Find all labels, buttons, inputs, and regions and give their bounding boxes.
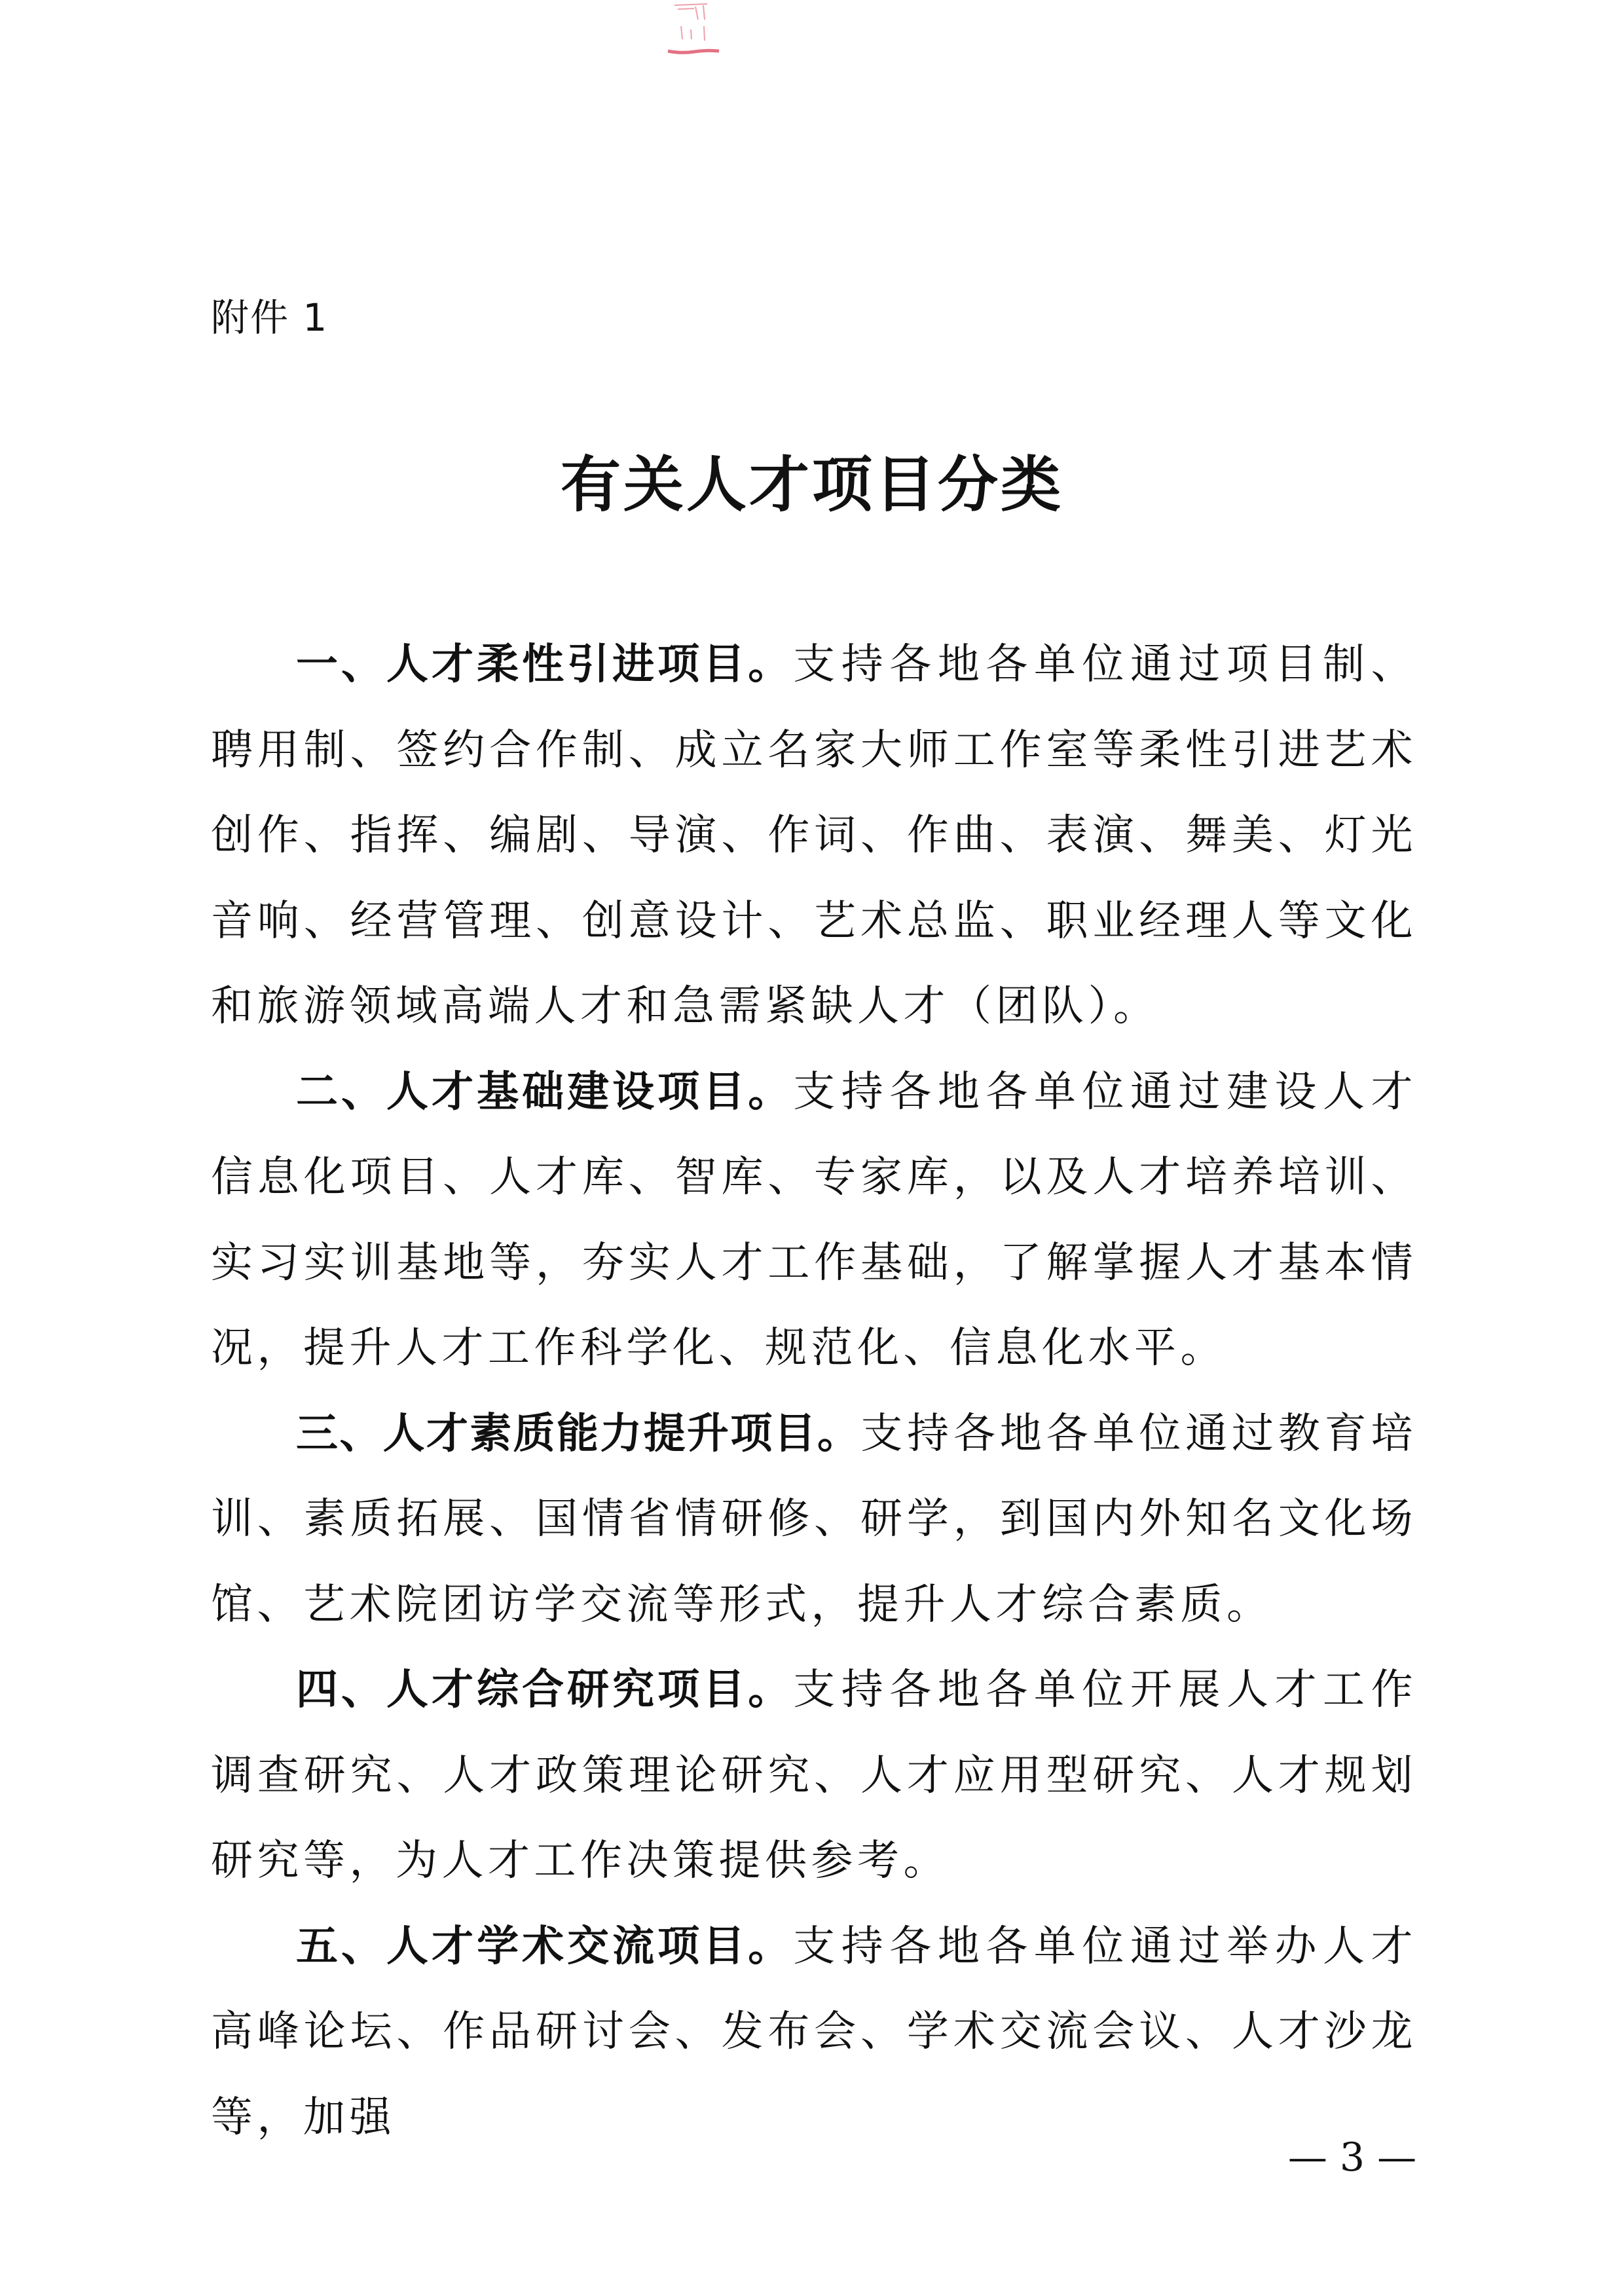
paragraph-2: 二、人才基础建设项目。支持各地各单位通过建设人才信息化项目、人才库、智库、专家库…: [211, 1050, 1417, 1391]
paragraph-text: 支持各地各单位通过项目制、聘用制、签约合作制、成立名家大师工作室等柔性引进艺术创…: [211, 640, 1417, 1031]
paragraph-1: 一、人才柔性引进项目。支持各地各单位通过项目制、聘用制、签约合作制、成立名家大师…: [211, 622, 1417, 1050]
document-body: 一、人才柔性引进项目。支持各地各单位通过项目制、聘用制、签约合作制、成立名家大师…: [211, 622, 1417, 2160]
paragraph-heading: 四、人才综合研究项目。: [296, 1666, 793, 1714]
page-number: — 3 —: [1277, 2131, 1428, 2184]
paragraph-heading: 三、人才素质能力提升项目。: [296, 1410, 860, 1458]
paragraph-heading: 二、人才基础建设项目。: [296, 1068, 793, 1116]
document-title: 有关人才项目分类: [0, 449, 1624, 521]
paragraph-5: 五、人才学术交流项目。支持各地各单位通过举办人才高峰论坛、作品研讨会、发布会、学…: [211, 1904, 1417, 2161]
paragraph-heading: 一、人才柔性引进项目。: [296, 640, 793, 689]
paragraph-4: 四、人才综合研究项目。支持各地各单位开展人才工作调查研究、人才政策理论研究、人才…: [211, 1647, 1417, 1904]
red-seal-stamp-icon: [655, 0, 727, 62]
attachment-label: 附件 1: [211, 295, 328, 340]
paragraph-heading: 五、人才学术交流项目。: [296, 1922, 793, 1971]
paragraph-3: 三、人才素质能力提升项目。支持各地各单位通过教育培训、素质拓展、国情省情研修、研…: [211, 1391, 1417, 1648]
